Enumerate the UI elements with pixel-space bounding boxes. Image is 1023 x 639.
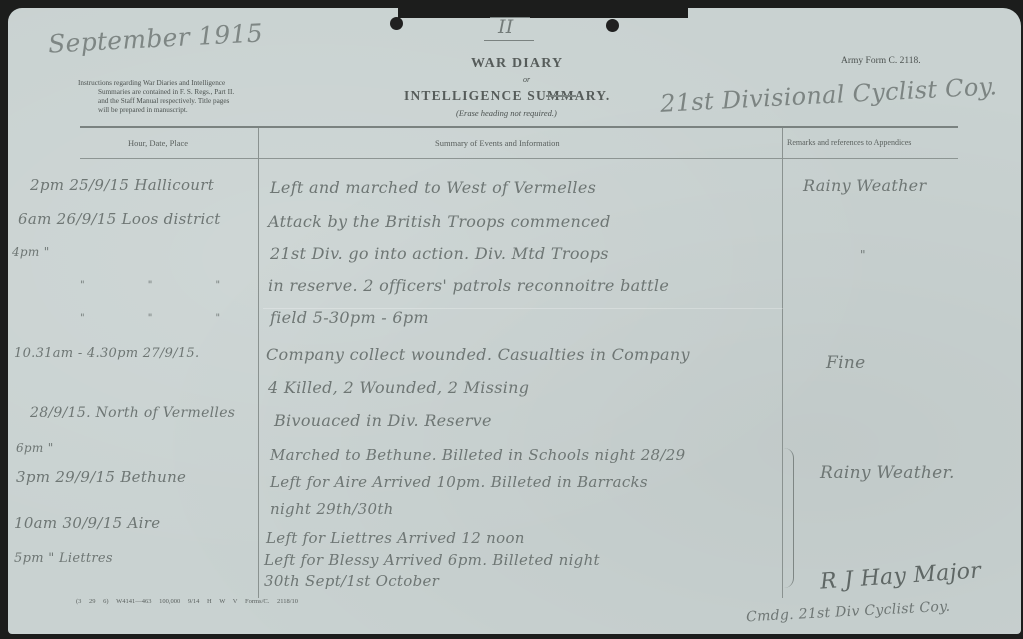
entry-10-remarks: Rainy Weather. [820,463,955,483]
title-war-diary: WAR DIARY [471,56,563,72]
entry-10-date: 3pm 29/9/15 Bethune [16,468,186,486]
instructions-line-1: Instructions regarding War Diaries and I… [78,79,234,88]
entry-6-date: 10.31am - 4.30pm 27/9/15. [14,346,199,361]
table-top-rule [80,126,958,128]
entry-12-summary: Left for Liettres Arrived 12 noon [266,529,525,547]
column-header-hour-date-place: Hour, Date, Place [128,138,188,148]
entry-5-summary: field 5-30pm - 6pm [270,308,429,327]
title-intelligence-summary: INTELLIGENCE SUMMARY. [404,88,611,104]
erase-heading-note: (Erase heading not required.) [456,108,557,118]
entry-6-summary: Company collect wounded. Casualties in C… [266,345,690,364]
army-form-number: Army Form C. 2118. [841,56,921,66]
punch-hole-right [606,19,619,32]
entry-5-date: " " " [80,313,250,324]
table-header-rule [80,158,958,159]
entry-13-date: 5pm " Liettres [14,551,113,566]
entry-1-remarks: Rainy Weather [803,176,926,195]
entry-6-remarks: Fine [826,353,865,373]
entry-2-summary: Attack by the British Troops commenced [268,212,611,231]
signature-title: Cmdg. 21st Div Cyclist Coy. [746,599,951,626]
entry-13-summary: Left for Blessy Arrived 6pm. Billeted ni… [264,551,600,569]
entry-1-summary: Left and marched to West of Vermelles [270,178,596,197]
entry-3-summary: 21st Div. go into action. Div. Mtd Troop… [270,244,609,263]
entry-12-date: 10am 30/9/15 Aire [14,514,160,532]
column-header-summary: Summary of Events and Information [435,138,560,148]
entry-11-summary: night 29th/30th [270,500,394,518]
instructions-block: Instructions regarding War Diaries and I… [78,79,234,115]
entry-4-summary: in reserve. 2 officers' patrols reconnoi… [268,276,669,295]
instructions-line-3: and the Staff Manual respectively. Title… [78,97,234,106]
signature-name: R J Hay Major [819,558,982,594]
entry-10-summary: Left for Aire Arrived 10pm. Billeted in … [270,473,648,491]
entry-1-date: 2pm 25/9/15 Hallicourt [30,176,214,194]
war-diary-sheet: September 1915 II Instructions regarding… [8,8,1021,634]
page-number-overline [490,17,530,18]
entry-8-summary: Bivouaced in Div. Reserve [274,411,492,430]
footer-print-code: (3 29 6) W4141—463 100,000 9/14 H W V Fo… [76,598,298,605]
entry-14-summary: 30th Sept/1st October [264,572,439,590]
entry-9-date: 6pm " [16,441,54,455]
page-number-handwritten: II [498,16,514,38]
entry-9-summary: Marched to Bethune. Billeted in Schools … [270,446,685,464]
title-or: or [523,75,530,84]
remarks-bracket [784,448,794,588]
entry-3-remarks: " [860,248,866,262]
page-number-underline [484,40,534,41]
instructions-line-4: will be prepared in manuscript. [78,106,234,115]
entry-3-date: 4pm " [12,245,50,259]
entry-8-date: 28/9/15. North of Vermelles [30,405,235,421]
entry-4-date: " " " [80,280,250,291]
instructions-line-2: Summaries are contained in F. S. Regs., … [78,88,234,97]
entry-2-date: 6am 26/9/15 Loos district [18,210,221,228]
entry-7-summary: 4 Killed, 2 Wounded, 2 Missing [268,378,529,397]
column-divider-1 [258,128,259,598]
title-strikethrough [546,95,576,97]
punch-hole-left [390,17,403,30]
page-notch [398,8,688,18]
column-header-remarks: Remarks and references to Appendices [787,138,911,147]
column-divider-2 [782,128,783,598]
unit-name-handwritten: 21st Divisional Cyclist Coy. [659,72,997,118]
month-year-handwritten: September 1915 [47,18,263,58]
